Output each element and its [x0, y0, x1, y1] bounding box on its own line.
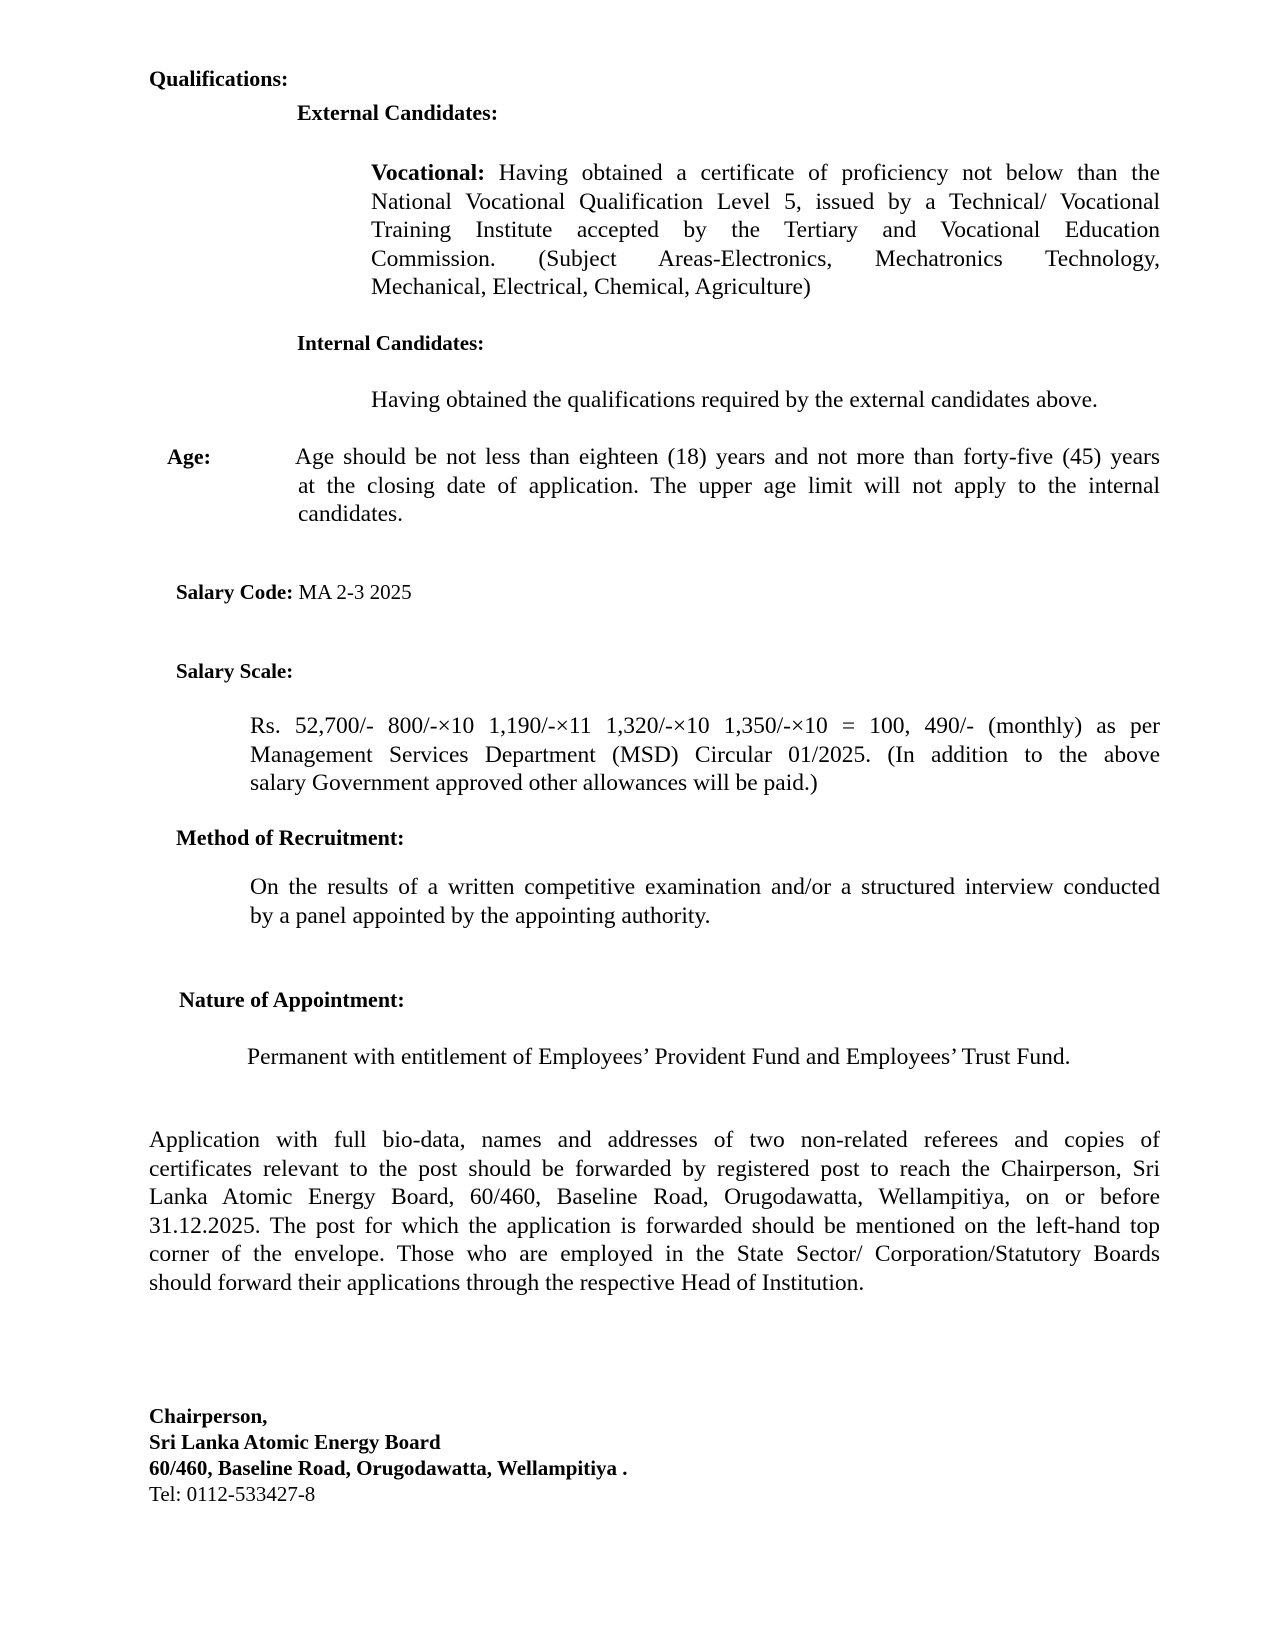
vocational-line: Mechanical, Electrical, Chemical, Agricu…	[371, 273, 1160, 302]
signature-address: 60/460, Baseline Road, Orugodawatta, Wel…	[149, 1455, 628, 1481]
signature-title: Chairperson,	[149, 1403, 628, 1429]
method-of-recruitment-label: Method of Recruitment:	[176, 825, 405, 851]
application-line: 31.12.2025. The post for which the appli…	[149, 1212, 1160, 1241]
vocational-paragraph: Vocational: Having obtained a certificat…	[371, 159, 1160, 302]
signature-organization: Sri Lanka Atomic Energy Board	[149, 1429, 628, 1455]
application-paragraph: Application with full bio-data, names an…	[149, 1126, 1160, 1298]
application-line: should forward their applications throug…	[149, 1269, 1160, 1298]
signature-block: Chairperson, Sri Lanka Atomic Energy Boa…	[149, 1403, 628, 1507]
nature-of-appointment-label: Nature of Appointment:	[179, 987, 405, 1013]
age-line: at the closing date of application. The …	[295, 472, 1160, 501]
method-of-recruitment-paragraph: On the results of a written competitive …	[250, 873, 1160, 930]
qualifications-heading: Qualifications:	[149, 66, 288, 92]
salary-code-value: MA 2-3 2025	[293, 580, 411, 604]
application-line: Lanka Atomic Energy Board, 60/460, Basel…	[149, 1183, 1160, 1212]
age-line: Age should be not less than eighteen (18…	[295, 443, 1160, 472]
vocational-line: Vocational: Having obtained a certificat…	[371, 159, 1160, 188]
salary-scale-line: Management Services Department (MSD) Cir…	[250, 741, 1160, 770]
salary-scale-paragraph: Rs. 52,700/- 800/-×10 1,190/-×11 1,320/-…	[250, 712, 1160, 798]
age-line: candidates.	[295, 500, 1160, 529]
vocational-line: National Vocational Qualification Level …	[371, 188, 1160, 217]
age-paragraph: Age should be not less than eighteen (18…	[295, 443, 1160, 529]
nature-of-appointment-text: Permanent with entitlement of Employees’…	[247, 1043, 1071, 1072]
external-candidates-heading: External Candidates:	[297, 100, 498, 126]
salary-scale-line: Rs. 52,700/- 800/-×10 1,190/-×11 1,320/-…	[250, 712, 1160, 741]
vocational-label: Vocational:	[371, 160, 485, 186]
vocational-line: Commission. (Subject Areas-Electronics, …	[371, 245, 1160, 274]
application-line: corner of the envelope. Those who are em…	[149, 1240, 1160, 1269]
salary-code: Salary Code: MA 2-3 2025	[176, 580, 412, 605]
age-label: Age:	[167, 444, 211, 470]
application-line: certificates relevant to the post should…	[149, 1155, 1160, 1184]
method-line: by a panel appointed by the appointing a…	[250, 902, 1160, 931]
salary-scale-label: Salary Scale:	[176, 659, 293, 684]
internal-candidates-text: Having obtained the qualifications requi…	[371, 386, 1098, 415]
internal-candidates-heading: Internal Candidates:	[297, 331, 484, 356]
vocational-line: Training Institute accepted by the Terti…	[371, 216, 1160, 245]
salary-scale-line: salary Government approved other allowan…	[250, 769, 1160, 798]
salary-code-label: Salary Code:	[176, 580, 293, 604]
method-line: On the results of a written competitive …	[250, 873, 1160, 902]
vocational-text: Having obtained a certificate of profici…	[485, 160, 1160, 186]
application-line: Application with full bio-data, names an…	[149, 1126, 1160, 1155]
signature-tel: Tel: 0112-533427-8	[149, 1481, 628, 1507]
